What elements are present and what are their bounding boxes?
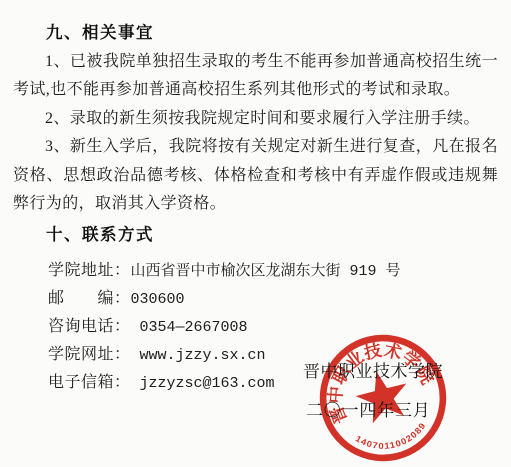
section-9-heading: 九、相关事宜 [13, 18, 498, 48]
paragraph-3: 3、新生入学后，我院将按有关规定对新生进行复查，凡在报名资格、思想政治品德考核、… [13, 133, 498, 218]
contact-value: 0354—2667008 [131, 314, 248, 341]
contact-row-postcode: 邮 编： 030600 [48, 285, 498, 313]
contact-value: jzzyzsc@163.com [131, 370, 275, 397]
signature-org: 晋中职业技术学院 [303, 357, 443, 382]
contact-value: www.jzzy.sx.cn [131, 342, 266, 369]
signature-date: 二〇一四年三月 [306, 396, 431, 421]
paragraph-1: 1、已被我院单独招生录取的考生不能再参加普通高校招生统一考试,也不能再参加普通高… [13, 48, 498, 105]
contact-row-address: 学院地址： 山西省晋中市榆次区龙湖东大街 919 号 [48, 257, 498, 285]
contact-value: 山西省晋中市榆次区龙湖东大街 919 号 [131, 258, 401, 285]
scanned-document-page: 九、相关事宜 1、已被我院单独招生录取的考生不能再参加普通高校招生统一考试,也不… [0, 0, 511, 467]
section-10-heading: 十、联系方式 [13, 220, 498, 250]
contact-label: 学院网址： [48, 341, 131, 368]
contact-value: 030600 [131, 286, 185, 313]
contact-label: 学院地址： [48, 257, 131, 284]
contact-label: 邮 编： [48, 285, 131, 312]
contact-label: 电子信箱： [48, 369, 131, 396]
paragraph-2: 2、录取的新生须按我院规定时间和要求履行入学注册手续。 [13, 105, 498, 133]
contact-label: 咨询电话： [48, 313, 131, 340]
